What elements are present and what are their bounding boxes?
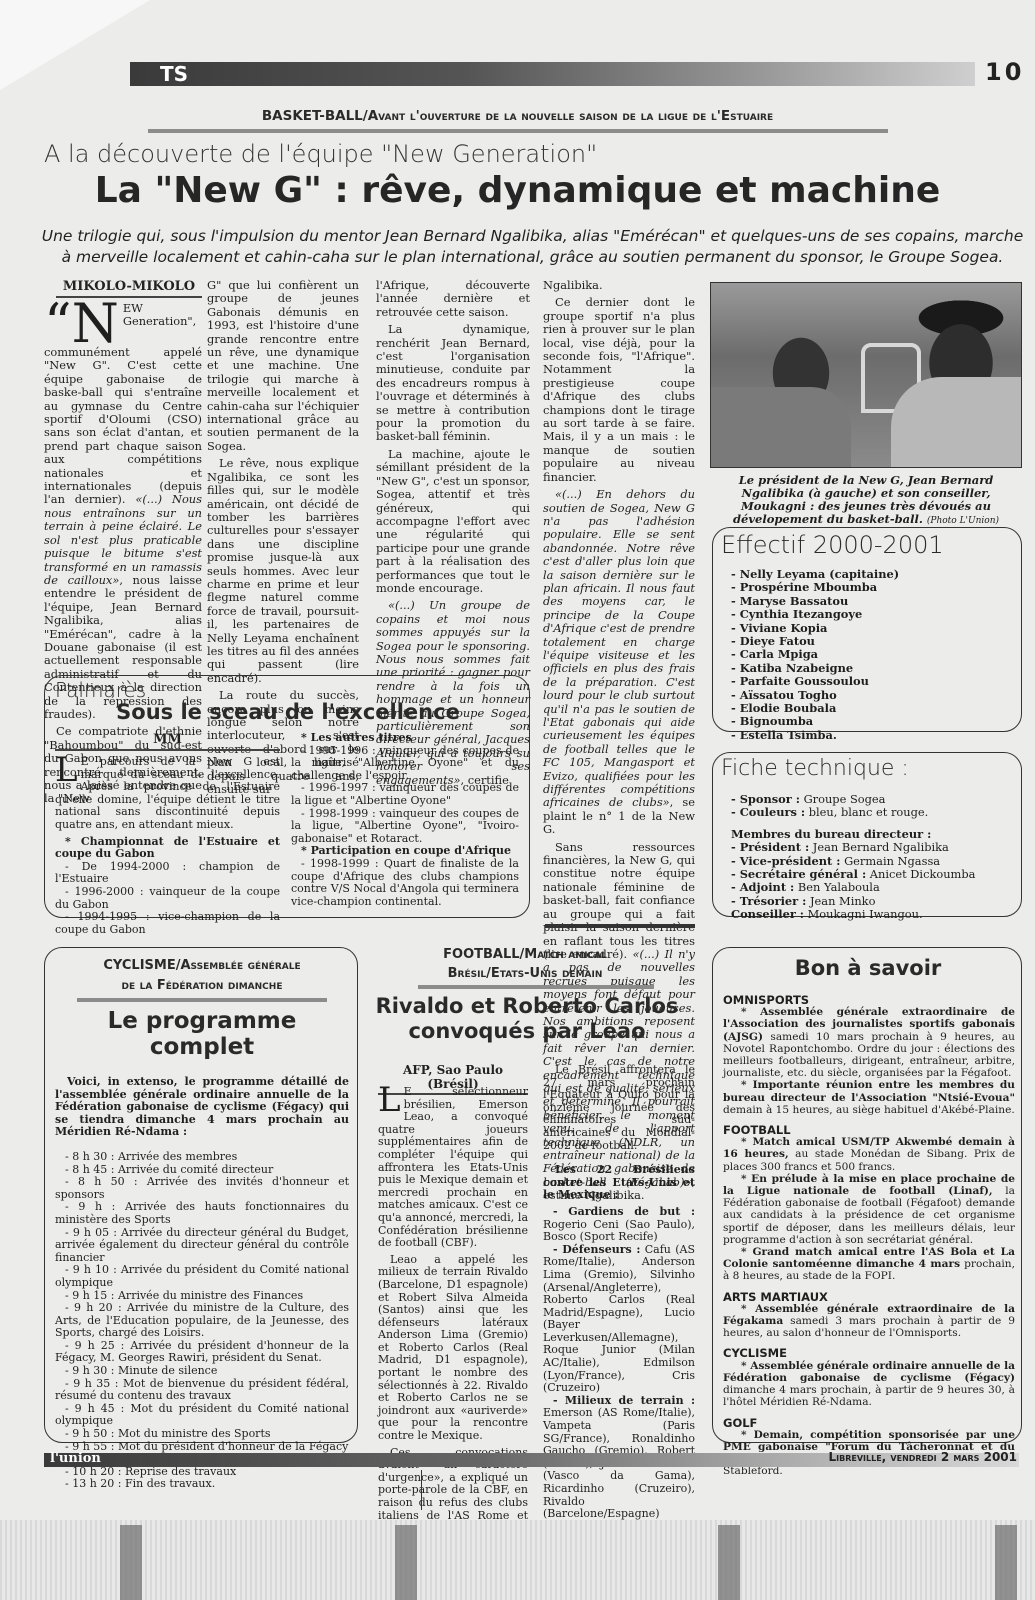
paragraph: Le rêve, nous explique Ngalibika, ce son…	[207, 457, 359, 685]
bureau-member: - Président : Jean Bernard Ngalibika	[731, 841, 975, 854]
schedule-item: - 9 h 25 : Arrivée du président d'honneu…	[55, 1340, 349, 1365]
footer-dateline: Libreville, vendredi 2 mars 2001	[829, 1450, 1018, 1464]
player: - Nelly Leyama (capitaine)	[731, 568, 899, 581]
cyclisme-box: CYCLISME/Assemblée générale de la Fédéra…	[44, 947, 358, 1443]
page-number: 10	[985, 58, 1024, 86]
palmares-section-heading: * Championnat de l'Estuaire et coupe du …	[55, 836, 280, 861]
squad-heading: Les 22 Brésiliens contre les Etats-Unis …	[543, 1164, 695, 1202]
bon-section-heading: CYCLISME	[723, 1347, 1015, 1359]
photo-credit: (Photo L'Union)	[927, 516, 999, 526]
bon-item: * En prélude à la mise en place prochain…	[723, 1173, 1015, 1246]
main-kicker: BASKET-BALL/Avant l'ouverture de la nouv…	[150, 108, 885, 124]
bon-section-heading: OMNISPORTS	[723, 994, 1015, 1006]
paragraph: Le Brésil affrontera le 27 mars prochain…	[543, 1064, 695, 1152]
palmares-item: - 1996-1997 : vainqueur des coupes de la…	[291, 782, 519, 807]
bon-section-heading: ARTS MARTIAUX	[723, 1291, 1015, 1303]
palmares-item: - De 1994-2000 : champion de l'Estuaire	[55, 861, 280, 886]
football-kicker-line2: Brésil/Etats-Unis demain	[370, 966, 680, 981]
effectif-box: Effectif 2000-2001 - Nelly Leyama (capit…	[712, 527, 1022, 732]
schedule-item: - 8 h 50 : Arrivée des invités d'honneur…	[55, 1176, 349, 1201]
paragraph: «(...) En dehors du soutien de Sogea, Ne…	[543, 488, 695, 837]
palmares-section-heading: * Les autres titres	[291, 732, 519, 745]
paragraph: La dynamique, renchérit Jean Bernard, c'…	[376, 323, 530, 444]
schedule-item: - 9 h 35 : Mot de bienvenue du président…	[55, 1378, 349, 1403]
bureau-heading: Membres du bureau directeur :	[731, 828, 975, 841]
schedule-item: - 13 h 20 : Fin des travaux.	[55, 1478, 349, 1491]
schedule-item: - 9 h 10 : Arrivée du président du Comit…	[55, 1264, 349, 1289]
effectif-title: Effectif 2000-2001	[721, 531, 944, 559]
bon-section-heading: FOOTBALL	[723, 1124, 1015, 1136]
palmares-item: - 1995-1996 : vainqueur des coupes de la…	[291, 745, 519, 783]
schedule-item: - 9 h 30 : Minute de silence	[55, 1365, 349, 1378]
scanner-background	[0, 1520, 1035, 1600]
cyclisme-body: Voici, in extenso, le programme détaillé…	[55, 1076, 349, 1491]
player: - Carla Mpiga	[731, 648, 899, 661]
cyclisme-intro: Voici, in extenso, le programme détaillé…	[55, 1076, 349, 1139]
fold-mark	[421, 1470, 422, 1510]
fiche-couleurs: - Couleurs : bleu, blanc et rouge.	[731, 806, 975, 819]
player: - Prospérine Mboumba	[731, 581, 899, 594]
bon-a-savoir-title: Bon à savoir	[713, 956, 1023, 980]
fiche-technique-box: Fiche technique : - Sponsor : Groupe Sog…	[712, 752, 1022, 917]
dropcap: L	[55, 756, 78, 784]
section-band-label: TS	[160, 62, 188, 86]
bon-item: * Assemblée générale extraordinaire de l…	[723, 1006, 1015, 1079]
palmares-label: Palmarès	[55, 678, 146, 702]
paragraph: Ngalibika.	[543, 279, 695, 292]
photo-ngalibika-moukagni	[710, 282, 1022, 468]
scanner-stripe	[718, 1525, 740, 1600]
fiche-sponsor: - Sponsor : Groupe Sogea	[731, 793, 975, 806]
main-surtitle: A la découverte de l'équipe "New Generat…	[44, 140, 597, 168]
player: - Viviane Kopia	[731, 622, 899, 635]
palmares-headline: Sous le sceau de l'excellence	[45, 700, 531, 724]
paragraph: Ce dernier dont le groupe sportif n'a pl…	[543, 296, 695, 484]
player: - Aïssatou Togho	[731, 689, 899, 702]
bureau-member: - Trésorier : Jean Minko	[731, 895, 975, 908]
palmares-item: - 1994-1995 : vice-champion de la coupe …	[55, 911, 280, 936]
bureau-member: - Adjoint : Ben Yalaboula	[731, 881, 975, 894]
kicker-rule	[418, 985, 654, 989]
schedule-item: - 9 h 20 : Arrivée du ministre de la Cul…	[55, 1302, 349, 1340]
bon-item: * Assemblée générale ordinaire annuelle …	[723, 1360, 1015, 1409]
bon-item: * Match amical USM/TP Akwembé demain à 1…	[723, 1136, 1015, 1173]
palmares-box: Palmarès Sous le sceau de l'excellence M…	[44, 675, 530, 918]
effectif-list: - Nelly Leyama (capitaine) - Prospérine …	[731, 568, 899, 742]
photo-person-right	[891, 377, 1021, 467]
paragraph: La machine, ajoute le sémillant présiden…	[376, 448, 530, 595]
player: - Parfaite Goussoulou	[731, 675, 899, 688]
schedule-item: - 9 h 45 : Mot du président du Comité na…	[55, 1403, 349, 1428]
palmares-column-1: LE parcours de la New G est marqué du sc…	[55, 756, 280, 936]
photo-person-left	[711, 387, 851, 467]
player: - Maryse Bassatou	[731, 595, 899, 608]
player: - Bignoumba	[731, 715, 899, 728]
bon-item: * Grand match amical entre l'AS Bola et …	[723, 1246, 1015, 1283]
bureau-member: - Vice-président : Germain Ngassa	[731, 855, 975, 868]
divider	[545, 924, 695, 928]
section-band: TS	[130, 62, 975, 86]
dropcap: “N	[44, 302, 119, 346]
player: - Dieye Fatou	[731, 635, 899, 648]
paragraph: G" que lui confièrent un groupe de jeune…	[207, 279, 359, 453]
bureau-member: Conseiller : Moukagni Iwangou.	[731, 908, 975, 921]
bon-a-savoir-box: Bon à savoir OMNISPORTS * Assemblée géné…	[712, 947, 1022, 1443]
schedule-item: - 9 h 50 : Mot du ministre des Sports	[55, 1428, 349, 1441]
kicker-rule	[148, 129, 888, 133]
cyclisme-kicker-line1: CYCLISME/Assemblée générale	[45, 958, 359, 973]
schedule-item: - 9 h : Arrivée des hauts fonctionnaires…	[55, 1201, 349, 1226]
main-headline: La "New G" : rêve, dynamique et machine	[0, 170, 1035, 211]
palmares-item: - 1998-1999 : Quart de finaliste de la c…	[291, 858, 519, 908]
paragraph: l'Afrique, découverte l'année dernière e…	[376, 279, 530, 319]
fiche-list: - Sponsor : Groupe Sogea - Couleurs : bl…	[731, 793, 975, 922]
palmares-byline: MM	[55, 732, 280, 751]
player: - Katiba Nzabeigne	[731, 662, 899, 675]
player: - Elodie Boubala	[731, 702, 899, 715]
bureau-member: - Secrétaire général : Anicet Dickoumba	[731, 868, 975, 881]
football-kicker-line1: FOOTBALL/Match amical	[370, 947, 680, 962]
scanner-stripe	[395, 1525, 417, 1600]
main-chapo: Une trilogie qui, sous l'impulsion du me…	[40, 226, 1025, 268]
bon-item: * Importante réunion entre les membres d…	[723, 1079, 1015, 1116]
palmares-intro: LE parcours de la New G est marqué du sc…	[55, 756, 280, 832]
lead-paragraph: “NEW Generation", communément appelé "Ne…	[44, 302, 202, 721]
fiche-title: Fiche technique :	[721, 756, 909, 781]
football-column-2: Le Brésil affrontera le 27 mars prochain…	[543, 1064, 695, 1584]
player: - Estella Tsimba.	[731, 729, 899, 742]
schedule-item: - 9 h 05 : Arrivée du directeur général …	[55, 1227, 349, 1265]
palmares-item: - 1996-2000 : vainqueur de la coupe du G…	[55, 886, 280, 911]
football-headline: Rivaldo et Roberto Carlos convoqués par …	[362, 994, 692, 1044]
dropcap: L	[378, 1086, 401, 1114]
squad-line: - Défenseurs : Cafu (AS Rome/Italie), An…	[543, 1244, 695, 1395]
photo-caption: Le président de la New G, Jean Bernard N…	[710, 474, 1022, 528]
paragraph: Leao a appelé les milieux de terrain Riv…	[378, 1254, 528, 1443]
bon-item: * Assemblée générale extraordinaire de l…	[723, 1303, 1015, 1340]
bon-a-savoir-body: OMNISPORTS * Assemblée générale extraord…	[723, 986, 1015, 1478]
folded-corner	[0, 0, 150, 90]
bon-section-heading: GOLF	[723, 1417, 1015, 1429]
scanner-stripe	[120, 1525, 142, 1600]
footer-brand: l'union	[50, 1451, 101, 1466]
squad-line: - Gardiens de but : Rogerio Ceni (Sao Pa…	[543, 1206, 695, 1244]
newspaper-page: TS 10 BASKET-BALL/Avant l'ouverture de l…	[0, 0, 1035, 1520]
player: - Cynthia Itezangoye	[731, 608, 899, 621]
palmares-item: - 1998-1999 : vainqueur des coupes de la…	[291, 808, 519, 846]
scanner-stripe	[995, 1525, 1017, 1600]
schedule-item: - 8 h 30 : Arrivée des membres	[55, 1151, 349, 1164]
kicker-rule	[77, 998, 327, 1002]
palmares-column-2: * Les autres titres - 1995-1996 : vainqu…	[291, 732, 519, 908]
cyclisme-kicker-line2: de la Fédération dimanche	[45, 978, 359, 993]
cyclisme-headline: Le programme complet	[75, 1008, 329, 1060]
paragraph: LE sélectionneur brésilien, Emerson Leao…	[378, 1086, 528, 1250]
